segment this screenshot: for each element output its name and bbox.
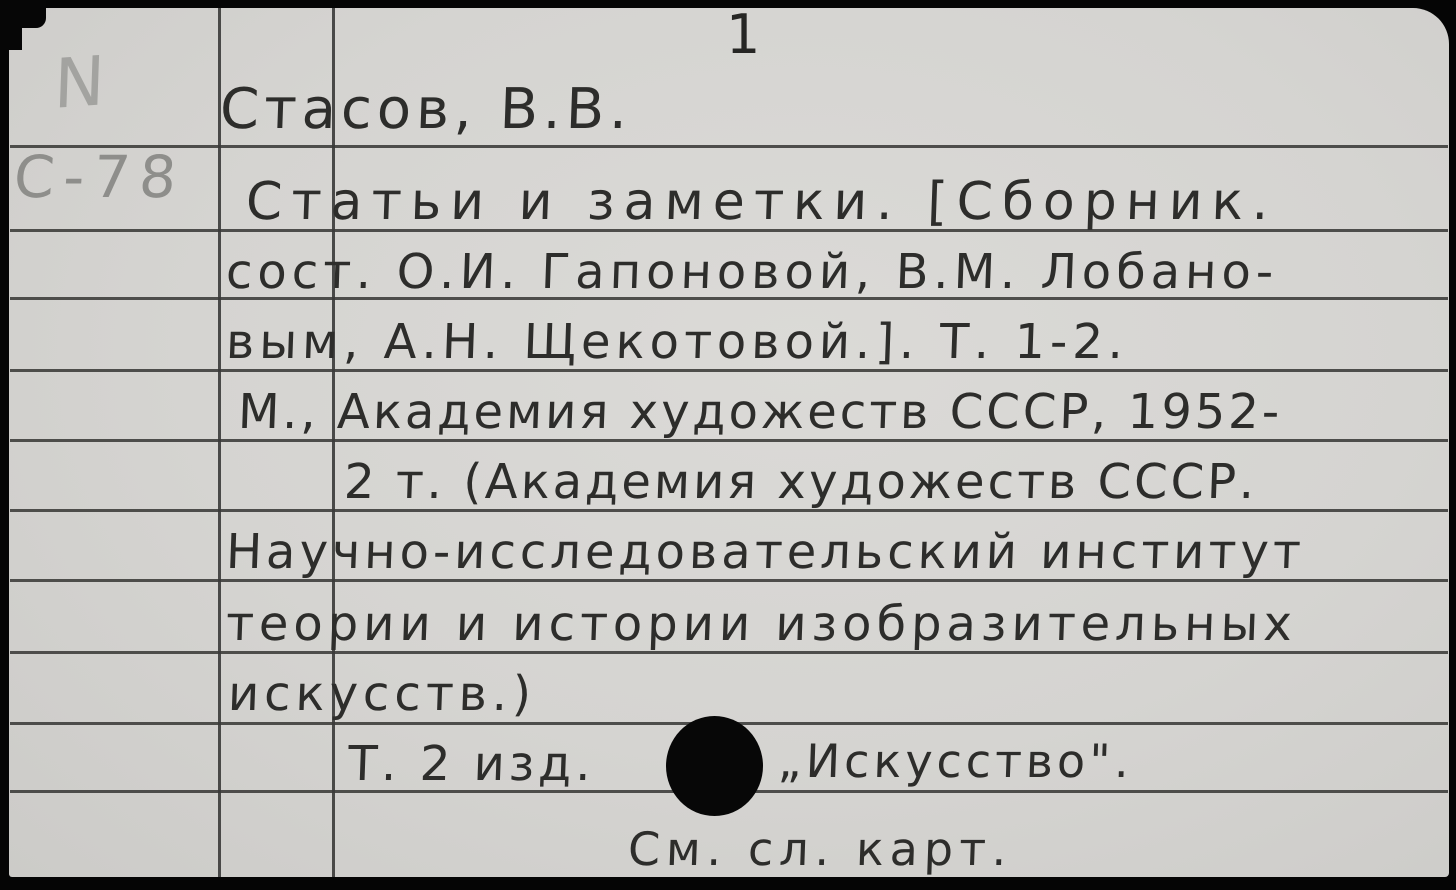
ruled-line-1 [10, 145, 1448, 148]
pencil-letter-mark: N [53, 48, 106, 120]
entry-line: Научно-исследовательский институт [225, 528, 1305, 576]
photo-corner-shadow-2 [0, 0, 22, 50]
entry-line: М., Академия художеств СССР, 1952- [237, 388, 1283, 436]
entry-line: сост. О.И. Гапоновой, В.М. Лобано- [225, 248, 1279, 296]
top-stroke-mark: 1 [726, 8, 760, 62]
publisher-note: „Искусство". [777, 738, 1134, 784]
volume-note-left: Т. 2 изд. [347, 740, 595, 788]
entry-line: искусств.) [227, 670, 537, 718]
punch-hole [666, 716, 763, 816]
call-number: С-78 [12, 148, 187, 206]
see-next-card-note: См. сл. карт. [627, 826, 1013, 872]
author-heading: Стасов, В.В. [219, 82, 633, 138]
entry-line: вым, А.Н. Щекотовой.]. Т. 1-2. [225, 318, 1129, 366]
entry-line: теории и истории изобразительных [225, 600, 1298, 648]
entry-line: Статьи и заметки. [Сборник. [245, 176, 1278, 228]
catalog-card-scan: 1 N С-78 Стасов, В.В. Статьи и заметки. … [0, 0, 1456, 890]
entry-line: 2 т. (Академия художеств СССР. [343, 458, 1258, 506]
